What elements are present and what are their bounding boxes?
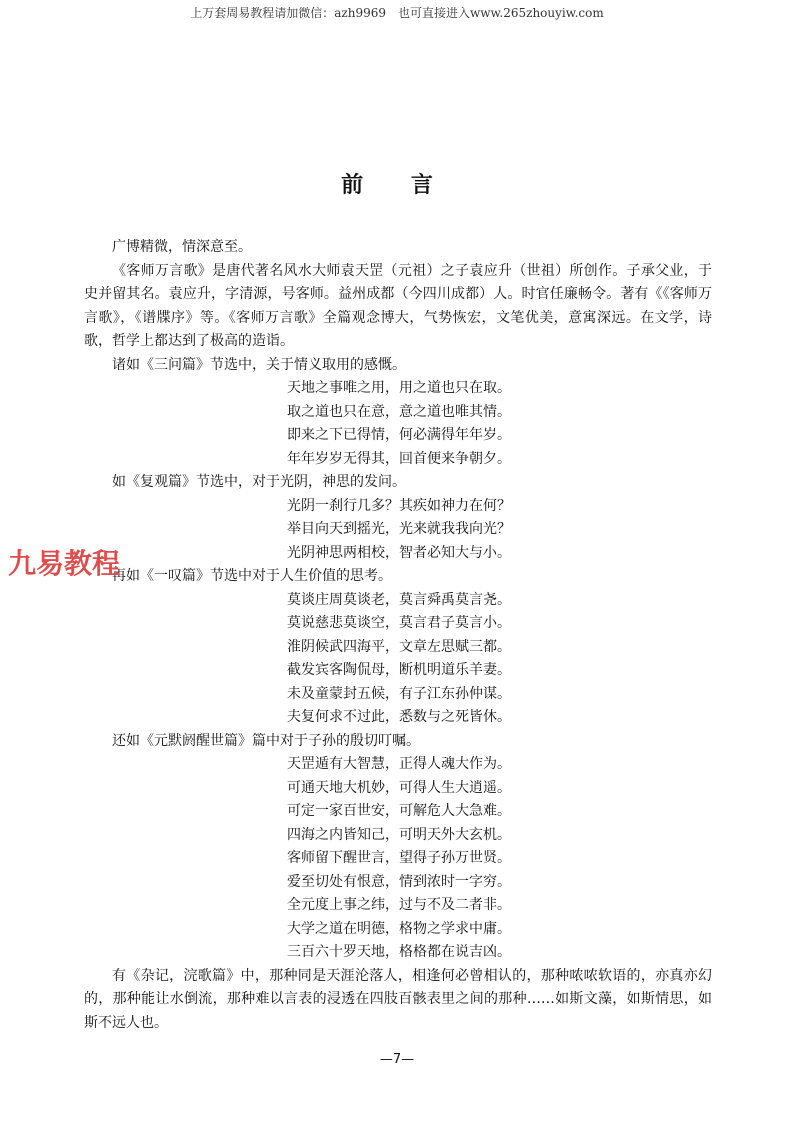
paragraph-intro: 广博精微，情深意至。: [84, 236, 712, 260]
page-title: 前 言: [0, 168, 794, 199]
verse-line: 全元度上事之纬，过与不及二者非。: [287, 894, 712, 918]
verse-line: 四海之内皆知己，可明天外大玄机。: [287, 824, 712, 848]
body-text: 广博精微，情深意至。 《客师万言歌》是唐代著名风水大师袁天罡（元祖）之子袁应升（…: [84, 236, 712, 1035]
paragraph-xingshi-intro: 还如《元默阏醒世篇》篇中对于子孙的殷切叮嘱。: [84, 730, 712, 754]
paragraph-zaji: 有《杂记，浣歌篇》中，那种同是天涯沦落人，相逢何必曾相认的，那种哝哝软语的，亦真…: [84, 965, 712, 1036]
verse-line: 可通天地大机妙，可得人生大逍遥。: [287, 777, 712, 801]
verse-line: 三百六十罗天地，格格都在说吉凶。: [287, 941, 712, 965]
verse-line: 可定一家百世安，可解危人大急难。: [287, 800, 712, 824]
verse-line: 莫说慈悲莫谈空，莫言君子莫言小。: [287, 612, 712, 636]
verse-line: 爱至切处有恨意，情到浓时一字穷。: [287, 871, 712, 895]
verse-line: 年年岁岁无得其，回首便来争朝夕。: [287, 448, 712, 472]
paragraph-yitan-intro: 再如《一叹篇》节选中对于人生价值的思考。: [84, 565, 712, 589]
paragraph-sanwen-intro: 诸如《三问篇》节选中，关于情义取用的感慨。: [84, 354, 712, 378]
verse-block-fuguan: 光阴一刹行几多？其疾如神力在何？ 举目向天到摇光，光来就我我向光？ 光阴神思两相…: [84, 495, 712, 566]
verse-line: 即来之下已得情，何必满得年年岁。: [287, 424, 712, 448]
header-banner: 上万套周易教程请加微信：azh9969 也可直接进入www.265zhouyiw…: [0, 4, 794, 21]
verse-line: 夫复何求不过此，悉数与之死皆休。: [287, 706, 712, 730]
verse-line: 大学之道在明德，格物之学求中庸。: [287, 918, 712, 942]
verse-block-sanwen: 天地之事唯之用，用之道也只在取。 取之道也只在意，意之道也唯其情。 即来之下已得…: [84, 377, 712, 471]
verse-line: 天地之事唯之用，用之道也只在取。: [287, 377, 712, 401]
verse-line: 天罡遁有大智慧，正得人魂大作为。: [287, 753, 712, 777]
watermark-logo: 九易教程: [8, 542, 120, 582]
verse-block-xingshi: 天罡遁有大智慧，正得人魂大作为。 可通天地大机妙，可得人生大逍遥。 可定一家百世…: [84, 753, 712, 965]
verse-line: 淮阴候武四海平，文章左思赋三都。: [287, 636, 712, 660]
paragraph-fuguan-intro: 如《复观篇》节选中，对于光阴，神思的发问。: [84, 471, 712, 495]
verse-line: 光阴神思两相校，智者必知大与小。: [287, 542, 712, 566]
verse-line: 截发宾客陶侃母，断机明道乐羊妻。: [287, 659, 712, 683]
verse-block-yitan: 莫谈庄周莫谈老，莫言舜禹莫言尧。 莫说慈悲莫谈空，莫言君子莫言小。 淮阴候武四海…: [84, 589, 712, 730]
verse-line: 莫谈庄周莫谈老，莫言舜禹莫言尧。: [287, 589, 712, 613]
verse-line: 光阴一刹行几多？其疾如神力在何？: [287, 495, 712, 519]
verse-line: 未及童蒙封五候，有子江东孙仲谋。: [287, 683, 712, 707]
paragraph-background: 《客师万言歌》是唐代著名风水大师袁天罡（元祖）之子袁应升（世祖）所创作。子承父业…: [84, 260, 712, 354]
verse-line: 取之道也只在意，意之道也唯其情。: [287, 401, 712, 425]
verse-line: 举目向天到摇光，光来就我我向光？: [287, 518, 712, 542]
page-number: —7—: [0, 1052, 794, 1067]
verse-line: 客师留下醒世言，望得子孙万世贤。: [287, 847, 712, 871]
